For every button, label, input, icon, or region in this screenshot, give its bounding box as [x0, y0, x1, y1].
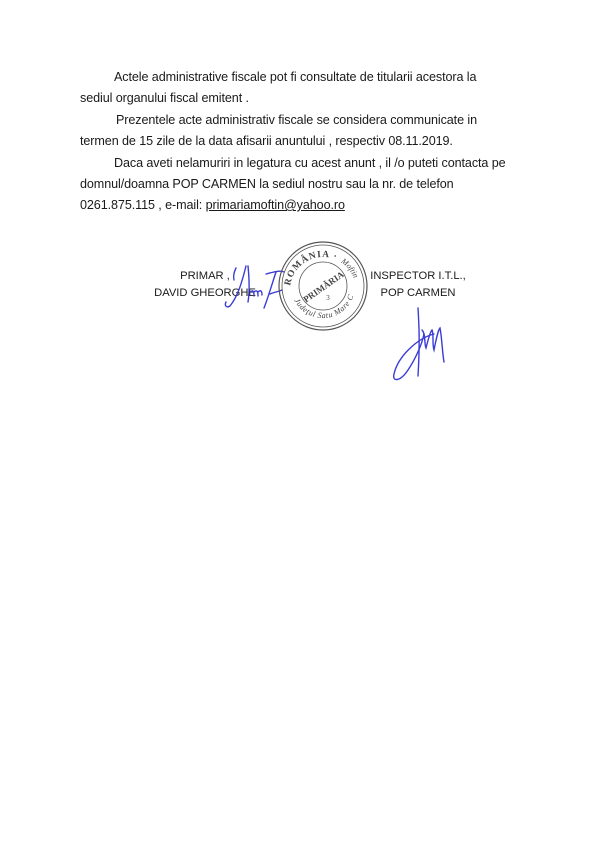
inspector-signature-icon [388, 304, 458, 384]
svg-text:3: 3 [326, 294, 330, 302]
official-stamp-icon: ROMÂNIA · Moftin Judeţul Satu Mare Com. … [276, 240, 370, 332]
svg-text:PRIMĂRIA: PRIMĂRIA [301, 269, 346, 304]
email-link[interactable]: primariamoftin@yahoo.ro [206, 198, 345, 212]
paragraph-2-line-1: Prezentele acte administrativ fiscale se… [116, 113, 477, 127]
phone-text: 0261.875.115 , e-mail: [80, 198, 206, 212]
contact-line: 0261.875.115 , e-mail: primariamoftin@ya… [80, 198, 345, 212]
paragraph-1-line-1: Actele administrative fiscale pot fi con… [114, 70, 476, 84]
inspector-name: POP CARMEN [370, 287, 466, 299]
inspector-title: INSPECTOR I.T.L., [370, 270, 466, 282]
paragraph-2-line-2: termen de 15 zile de la data afisarii an… [80, 134, 453, 148]
paragraph-1-line-2: sediul organului fiscal emitent . [80, 91, 249, 105]
document-page: Actele administrative fiscale pot fi con… [0, 0, 595, 841]
paragraph-3-line-2: domnul/doamna POP CARMEN la sediul nostr… [80, 177, 454, 191]
paragraph-3-line-1: Daca aveti nelamuriri in legatura cu ace… [114, 156, 506, 170]
